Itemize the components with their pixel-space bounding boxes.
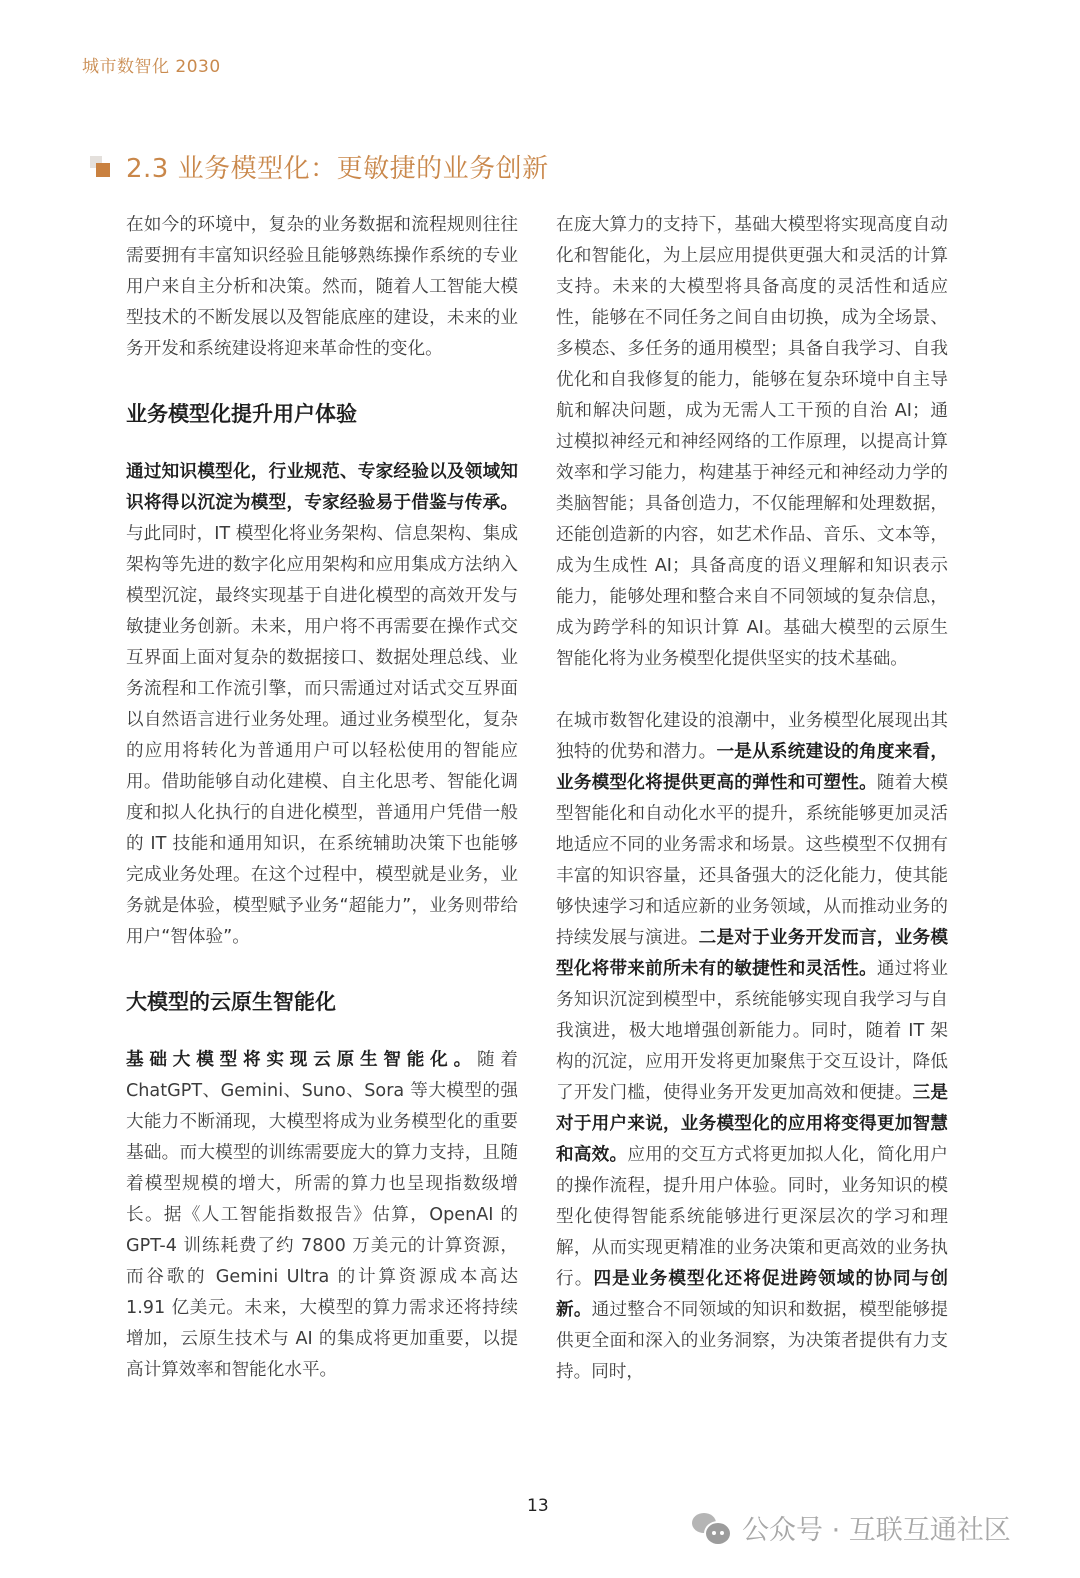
watermark: 公众号 · 互联互通社区 bbox=[692, 1508, 1011, 1547]
left-column: 在如今的环境中，复杂的业务数据和流程规则往往需要拥有丰富知识经验且能够熟练操作系… bbox=[126, 210, 518, 1386]
subheading-user-experience: 业务模型化提升用户体验 bbox=[126, 399, 518, 429]
bold-lead: 基础大模型将实现云原生智能化。 bbox=[126, 1050, 477, 1070]
watermark-text: 公众号 · 互联互通社区 bbox=[742, 1508, 1011, 1547]
page-number: 13 bbox=[527, 1496, 549, 1516]
paragraph-compute-support: 在庞大算力的支持下，基础大模型将实现高度自动化和智能化，为上层应用提供更强大和灵… bbox=[556, 210, 948, 675]
paragraph-text: 与此同时，IT 模型化将业务架构、信息架构、集成架构等先进的数字化应用架构和应用… bbox=[126, 524, 518, 947]
section-title-text: 2.3 业务模型化：更敏捷的业务创新 bbox=[126, 148, 549, 185]
paragraph-text: 随着 ChatGPT、Gemini、Suno、Sora 等大模型的强大能力不断涌… bbox=[126, 1050, 518, 1380]
paragraph-text: 通过整合不同领域的知识和数据，模型能够提供更全面和深入的业务洞察，为决策者提供有… bbox=[556, 1300, 948, 1382]
paragraph-text: 通过将业务知识沉淀到模型中，系统能够实现自我学习与自我演进，极大地增强创新能力。… bbox=[556, 959, 948, 1103]
section-title: 2.3 业务模型化：更敏捷的业务创新 bbox=[90, 148, 549, 185]
paragraph-text: 随着大模型智能化和自动化水平的提升，系统能够更加灵活地适应不同的业务需求和场景。… bbox=[556, 773, 948, 948]
paragraph-knowledge-modeling: 通过知识模型化，行业规范、专家经验以及领域知识将得以沉淀为模型，专家经验易于借鉴… bbox=[126, 457, 518, 953]
subheading-cloud-native: 大模型的云原生智能化 bbox=[126, 987, 518, 1017]
right-column: 在庞大算力的支持下，基础大模型将实现高度自动化和智能化，为上层应用提供更强大和灵… bbox=[556, 210, 948, 1388]
running-header: 城市数智化 2030 bbox=[82, 52, 221, 77]
section-square-icon bbox=[90, 156, 112, 178]
intro-paragraph: 在如今的环境中，复杂的业务数据和流程规则往往需要拥有丰富知识经验且能够熟练操作系… bbox=[126, 210, 518, 365]
paragraph-cloud-native: 基础大模型将实现云原生智能化。随着 ChatGPT、Gemini、Suno、So… bbox=[126, 1045, 518, 1386]
wechat-icon bbox=[692, 1511, 732, 1545]
bold-lead: 通过知识模型化，行业规范、专家经验以及领域知识将得以沉淀为模型，专家经验易于借鉴… bbox=[126, 462, 518, 513]
paragraph-advantages: 在城市数智化建设的浪潮中，业务模型化展现出其独特的优势和潜力。一是从系统建设的角… bbox=[556, 706, 948, 1388]
paragraph-text: 应用的交互方式将更加拟人化，简化用户的操作流程，提升用户体验。同时，业务知识的模… bbox=[556, 1145, 948, 1289]
